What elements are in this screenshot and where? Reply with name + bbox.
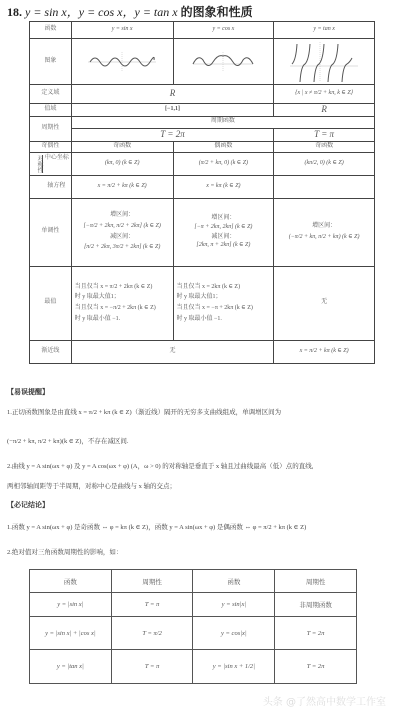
monotonic-cos: 增区间： [−π + 2kπ, 2kπ] (k ∈ Z) 减区间： [2kπ, … [173, 198, 274, 266]
col-header: 函数 [30, 570, 112, 593]
section-number: 18. [7, 5, 22, 19]
cos-wave-icon [191, 50, 255, 74]
monotonic-tan: 增区间： (−π/2 + kπ, π/2 + kπ) (k ∈ Z) [274, 198, 375, 266]
center-label: 中心坐标 [43, 155, 71, 173]
title-functions: y = sin x，y = cos x，y = tan x [25, 5, 178, 19]
cos-inc: [−π + 2kπ, 2kπ] (k ∈ Z) [175, 224, 273, 232]
cos-max-val: 时 y 取最大值1； [177, 292, 273, 303]
sin-min-val: 时 y 取最小值 −1. [75, 314, 172, 325]
axis-label: 轴方程 [30, 175, 72, 198]
graph-label: 图象 [30, 39, 72, 85]
col-header: 周期性 [275, 570, 357, 593]
col-header: 周期性 [111, 570, 193, 593]
tan-inc: (−π/2 + kπ, π/2 + kπ) (k ∈ Z) [275, 234, 373, 242]
table-row: 对称性 中心坐标 (kπ, 0) (k ∈ Z) (π/2 + kπ, 0) (… [30, 152, 375, 175]
domain-label: 定义域 [30, 85, 72, 104]
cos-min-cond: 当且仅当 x = −π + 2kπ (k ∈ Z) [177, 303, 273, 314]
properties-table: 函数 y = sin x y = cos x y = tan x 图象 [29, 21, 375, 364]
cell: y = |sin x| + |cos x| [30, 617, 112, 650]
table-row: 定义域 R {x | x ≠ π/2 + kπ, k ∈ Z} [30, 85, 375, 104]
sin-wave-icon [86, 50, 158, 74]
cos-dec: [2kπ, π + 2kπ] (k ∈ Z) [175, 242, 273, 250]
monotonic-sin: 增区间： [−π/2 + 2kπ, π/2 + 2kπ] (k ∈ Z) 减区间… [71, 198, 173, 266]
absolute-value-table: 函数 周期性 函数 周期性 y = |sin x| T = π y = sin|… [29, 569, 357, 684]
table-row: 渐近线 无 x = π/2 + kπ (k ∈ Z) [30, 340, 375, 363]
page-title: 18. y = sin x，y = cos x，y = tan x 的图象和性质 [7, 3, 253, 20]
inc-label: 增区间： [275, 223, 373, 231]
extrema-cos: 当且仅当 x = 2kπ (k ∈ Z) 时 y 取最大值1； 当且仅当 x =… [173, 266, 274, 340]
extrema-label: 最值 [30, 266, 72, 340]
conclusion-1: 1.函数 y = A sin(ωx + φ) 是奇函数 ⇔ φ = kπ (k … [7, 524, 397, 532]
watermark: 头条 @了然高中数学工作室 [263, 693, 386, 708]
mistakes-heading: 【易误提醒】 [7, 387, 49, 397]
monotonic-label: 单调性 [30, 198, 72, 266]
period-tan: T = π [274, 128, 375, 141]
period-sincos: T = 2π [71, 128, 273, 141]
inc-label: 增区间： [175, 215, 273, 223]
table-row: 轴方程 x = π/2 + kπ (k ∈ Z) x = kπ (k ∈ Z) [30, 175, 375, 198]
center-tan: (kπ/2, 0) (k ∈ Z) [274, 152, 375, 175]
table-row: 值域 [−1,1] R [30, 104, 375, 117]
sin-max-val: 时 y 取最大值1； [75, 292, 172, 303]
table-row: 图象 [30, 39, 375, 85]
extrema-tan: 无 [274, 266, 375, 340]
tan-graph [274, 39, 375, 85]
table-row: 单调性 增区间： [−π/2 + 2kπ, π/2 + 2kπ] (k ∈ Z)… [30, 198, 375, 266]
parity-tan: 奇函数 [274, 141, 375, 152]
cell: y = |sin x| [30, 593, 112, 617]
col-header: 函数 [193, 570, 275, 593]
symmetry-label: 对称性 [30, 155, 43, 173]
parity-cos: 偶函数 [173, 141, 274, 152]
domain-tan: {x | x ≠ π/2 + kπ, k ∈ Z} [274, 85, 375, 104]
sin-max-cond: 当且仅当 x = π/2 + 2kπ (k ∈ Z) [75, 282, 172, 293]
mistake-2a: 2.曲线 y = A sin(ωx + φ) 及 y = A cos(ωx + … [7, 463, 397, 471]
dec-label: 减区间： [175, 234, 273, 242]
sin-min-cond: 当且仅当 x = −π/2 + 2kπ (k ∈ Z) [75, 303, 172, 314]
cell: y = sin|x| [193, 593, 275, 617]
axis-tan [274, 175, 375, 198]
domain-sincos: R [71, 85, 273, 104]
asymptote-tan: x = π/2 + kπ (k ∈ Z) [274, 340, 375, 363]
extrema-sin: 当且仅当 x = π/2 + 2kπ (k ∈ Z) 时 y 取最大值1； 当且… [71, 266, 173, 340]
cell: y = |tan x| [30, 650, 112, 684]
inc-label: 增区间： [73, 212, 172, 220]
mistake-2b: 两相邻轴间距等于半周期，对称中心是曲线与 x 轴的交点； [7, 483, 397, 491]
parity-sin: 奇函数 [71, 141, 173, 152]
axis-sin: x = π/2 + kπ (k ∈ Z) [71, 175, 173, 198]
cell: T = π [111, 650, 193, 684]
table-row: 周期性 周期函数 [30, 116, 375, 128]
sin-graph [71, 39, 173, 85]
header-sin: y = sin x [71, 22, 173, 39]
dec-label: 减区间： [73, 234, 172, 242]
cell: 非周期函数 [275, 593, 357, 617]
cell: T = π [111, 593, 193, 617]
title-suffix: 的图象和性质 [181, 5, 253, 19]
cell: y = cos|x| [193, 617, 275, 650]
table-row: y = |sin x| + |cos x| T = π/2 y = cos|x|… [30, 617, 357, 650]
header-label: 函数 [30, 22, 72, 39]
mistake-1b: (−π/2 + kπ, π/2 + kπ)(k ∈ Z)，不存在减区间. [7, 438, 397, 446]
asymptote-sincos: 无 [71, 340, 273, 363]
sin-dec: [π/2 + 2kπ, 3π/2 + 2kπ] (k ∈ Z) [73, 244, 172, 252]
period-label: 周期性 [30, 116, 72, 141]
cell: y = |sin x + 1/2| [193, 650, 275, 684]
center-cos: (π/2 + kπ, 0) (k ∈ Z) [173, 152, 274, 175]
sin-inc: [−π/2 + 2kπ, π/2 + 2kπ] (k ∈ Z) [73, 223, 172, 231]
range-label: 值域 [30, 104, 72, 117]
table-header-row: 函数 周期性 函数 周期性 [30, 570, 357, 593]
cell: T = π/2 [111, 617, 193, 650]
cos-min-val: 时 y 取最小值 −1. [177, 314, 273, 325]
table-row: T = 2π T = π [30, 128, 375, 141]
asymptote-label: 渐近线 [30, 340, 72, 363]
axis-cos: x = kπ (k ∈ Z) [173, 175, 274, 198]
table-row: 最值 当且仅当 x = π/2 + 2kπ (k ∈ Z) 时 y 取最大值1；… [30, 266, 375, 340]
range-sincos: [−1,1] [71, 104, 273, 117]
header-tan: y = tan x [274, 22, 375, 39]
mistake-1a: 1.正切函数图象是由直线 x = π/2 + kπ (k ∈ Z)（渐近线）隔开… [7, 409, 397, 417]
center-sin: (kπ, 0) (k ∈ Z) [71, 152, 173, 175]
cos-graph [173, 39, 274, 85]
tan-curve-icon [288, 40, 360, 84]
table-row: y = |sin x| T = π y = sin|x| 非周期函数 [30, 593, 357, 617]
cell: T = 2π [275, 617, 357, 650]
cos-max-cond: 当且仅当 x = 2kπ (k ∈ Z) [177, 282, 273, 293]
period-common: 周期函数 [71, 116, 374, 128]
conclusions-heading: 【必记结论】 [7, 500, 49, 510]
cell: T = 2π [275, 650, 357, 684]
parity-label: 奇偶性 [30, 141, 72, 152]
header-cos: y = cos x [173, 22, 274, 39]
table-row: 奇偶性 奇函数 偶函数 奇函数 [30, 141, 375, 152]
conclusion-2: 2.绝对值对三角函数周期性的影响，如： [7, 549, 397, 557]
table-row: 函数 y = sin x y = cos x y = tan x [30, 22, 375, 39]
table-row: y = |tan x| T = π y = |sin x + 1/2| T = … [30, 650, 357, 684]
range-tan: R [274, 104, 375, 117]
symmetry-label-cell: 对称性 中心坐标 [30, 152, 72, 175]
